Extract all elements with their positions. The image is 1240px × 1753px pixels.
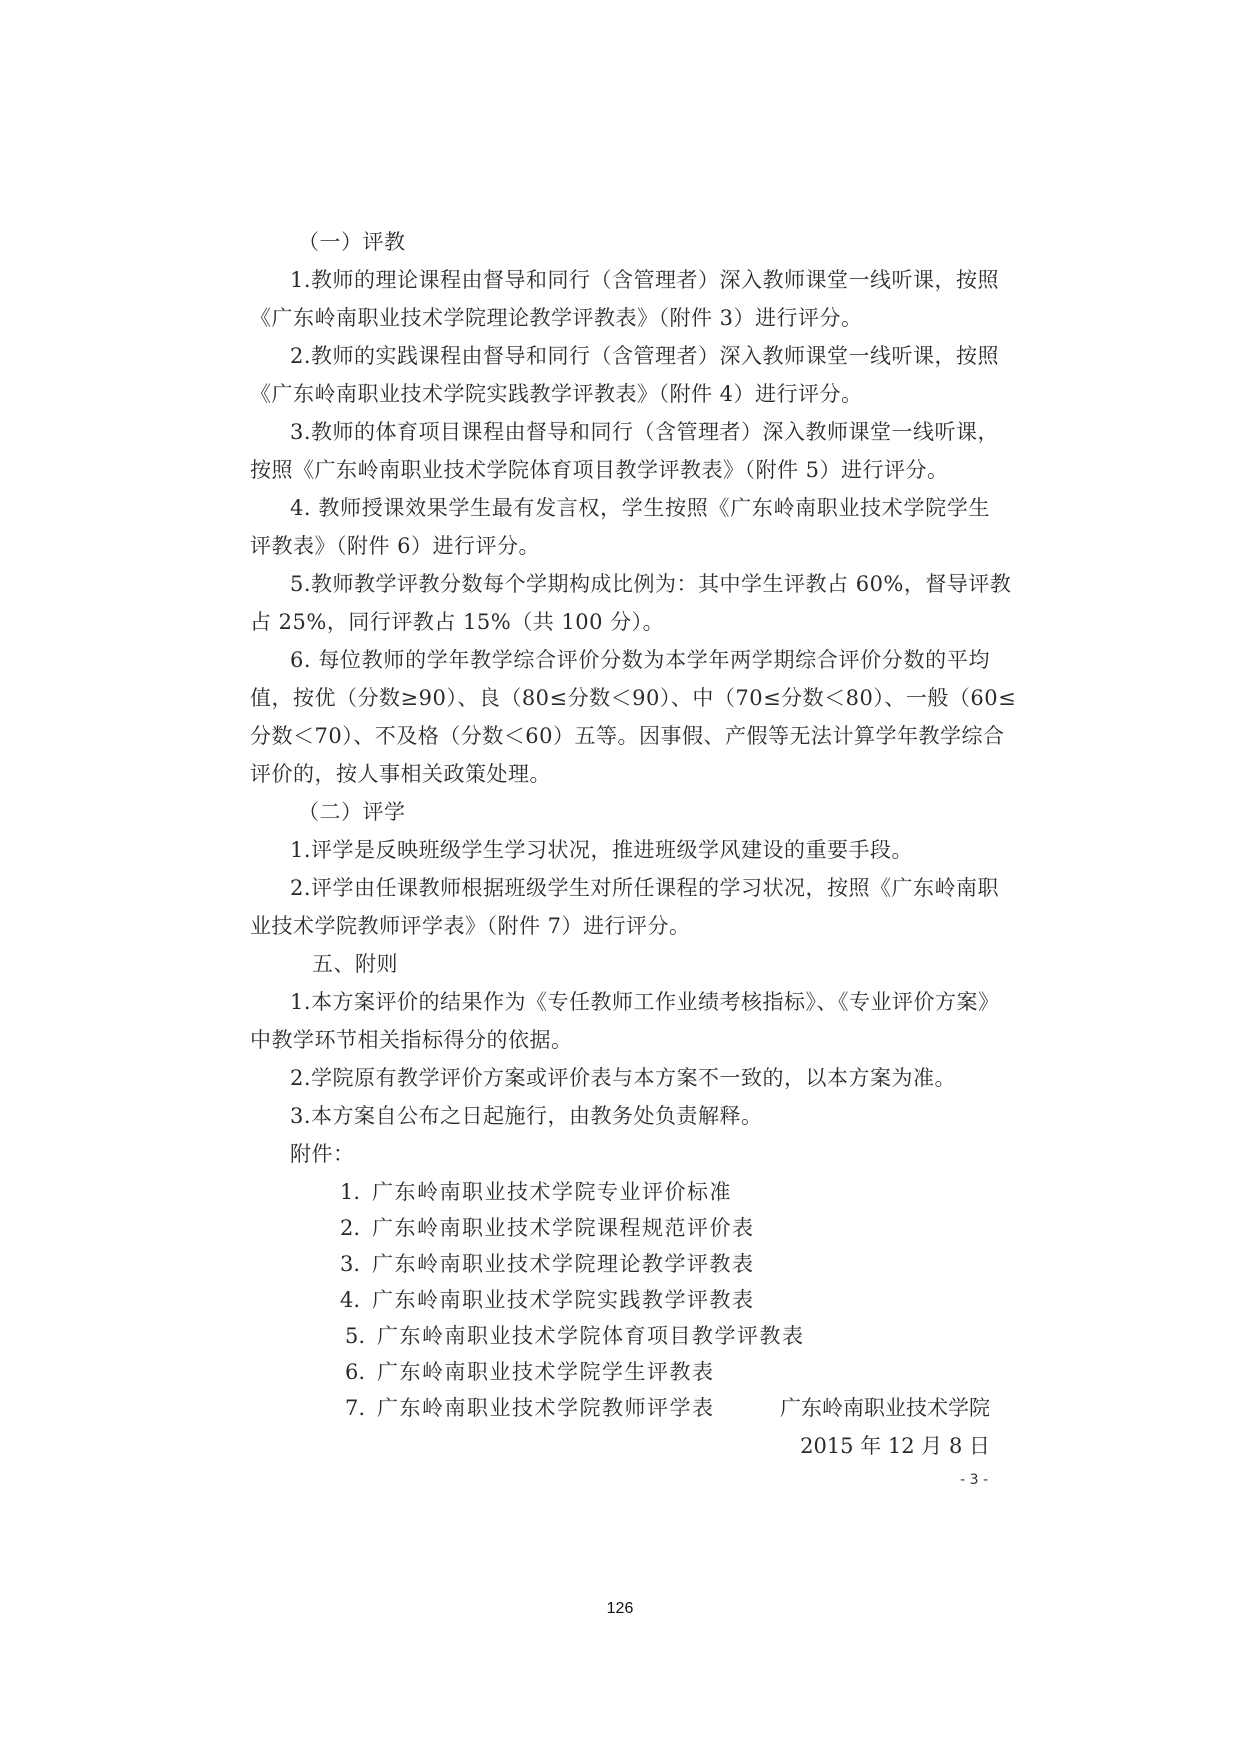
attachment-title: 广东岭南职业技术学院体育项目教学评教表 xyxy=(377,1322,805,1350)
attachment-number: 5. xyxy=(345,1322,365,1350)
paragraph-line: 中教学环节相关指标得分的依据。 xyxy=(250,1026,990,1054)
section-heading-learning-evaluation: （二）评学 xyxy=(298,798,406,826)
paragraph-line: 《广东岭南职业技术学院理论教学评教表》（附件 3）进行评分。 xyxy=(250,304,990,332)
paragraph-line: 值，按优（分数≥90）、良（80≤分数＜90）、中（70≤分数＜80）、一般（6… xyxy=(250,684,990,712)
attachment-number: 1. xyxy=(340,1178,360,1206)
paragraph-line: 6. 每位教师的学年教学综合评价分数为本学年两学期综合评价分数的平均 xyxy=(290,646,990,674)
attachment-number: 3. xyxy=(340,1250,360,1278)
paragraph-line: 评教表》（附件 6）进行评分。 xyxy=(250,532,990,560)
section-heading-supplementary: 五、附则 xyxy=(312,950,398,978)
paragraph-line: 《广东岭南职业技术学院实践教学评教表》（附件 4）进行评分。 xyxy=(250,380,990,408)
paragraph-line: 占 25%，同行评教占 15%（共 100 分）。 xyxy=(250,608,990,636)
signature-date: 2015 年 12 月 8 日 xyxy=(800,1432,990,1460)
attachment-title: 广东岭南职业技术学院教师评学表 xyxy=(377,1394,715,1422)
attachment-title: 广东岭南职业技术学院专业评价标准 xyxy=(372,1178,732,1206)
attachment-number: 6. xyxy=(345,1358,365,1386)
signature-organization: 广东岭南职业技术学院 xyxy=(780,1394,990,1422)
document-page: （一）评教 1.教师的理论课程由督导和同行（含管理者）深入教师课堂一线听课，按照… xyxy=(0,0,1240,1753)
attachment-number: 2. xyxy=(340,1214,360,1242)
paragraph-line: 分数＜70）、不及格（分数＜60）五等。因事假、产假等无法计算学年教学综合 xyxy=(250,722,990,750)
paragraph-line: 评价的，按人事相关政策处理。 xyxy=(250,760,990,788)
attachment-number: 4. xyxy=(340,1286,360,1314)
paragraph-line: 1.教师的理论课程由督导和同行（含管理者）深入教师课堂一线听课，按照 xyxy=(290,266,990,294)
paragraph-line: 1.本方案评价的结果作为《专任教师工作业绩考核指标》、《专业评价方案》 xyxy=(290,988,990,1016)
paragraph-line: 3.教师的体育项目课程由督导和同行（含管理者）深入教师课堂一线听课， xyxy=(290,418,990,446)
paragraph-line: 按照《广东岭南职业技术学院体育项目教学评教表》（附件 5）进行评分。 xyxy=(250,456,990,484)
footer-page-number: 126 xyxy=(0,1600,1240,1618)
attachment-title: 广东岭南职业技术学院理论教学评教表 xyxy=(372,1250,755,1278)
paragraph-line: 业技术学院教师评学表》（附件 7）进行评分。 xyxy=(250,912,990,940)
paragraph-line: 2.学院原有教学评价方案或评价表与本方案不一致的，以本方案为准。 xyxy=(290,1064,956,1092)
attachment-title: 广东岭南职业技术学院实践教学评教表 xyxy=(372,1286,755,1314)
paragraph-line: 2.评学由任课教师根据班级学生对所任课程的学习状况，按照《广东岭南职 xyxy=(290,874,990,902)
document-page-marker: - 3 - xyxy=(960,1472,988,1488)
attachment-title: 广东岭南职业技术学院学生评教表 xyxy=(377,1358,715,1386)
paragraph-line: 1.评学是反映班级学生学习状况，推进班级学风建设的重要手段。 xyxy=(290,836,913,864)
attachment-title: 广东岭南职业技术学院课程规范评价表 xyxy=(372,1214,755,1242)
section-heading-teaching-evaluation: （一）评教 xyxy=(298,228,406,256)
attachments-heading: 附件： xyxy=(290,1140,355,1168)
paragraph-line: 3.本方案自公布之日起施行，由教务处负责解释。 xyxy=(290,1102,763,1130)
paragraph-line: 4. 教师授课效果学生最有发言权，学生按照《广东岭南职业技术学院学生 xyxy=(290,494,990,522)
attachment-number: 7. xyxy=(345,1394,365,1422)
paragraph-line: 5.教师教学评教分数每个学期构成比例为：其中学生评教占 60%，督导评教 xyxy=(290,570,990,598)
paragraph-line: 2.教师的实践课程由督导和同行（含管理者）深入教师课堂一线听课，按照 xyxy=(290,342,990,370)
